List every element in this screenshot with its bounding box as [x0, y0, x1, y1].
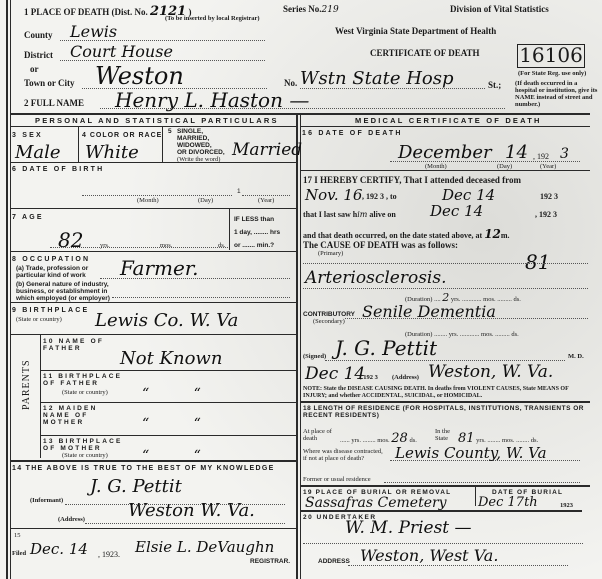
- race-value: White: [85, 142, 139, 163]
- birthplace-value: Lewis Co. W. Va: [95, 310, 238, 331]
- hospital-note: (If death occurred in a hospital or inst…: [515, 80, 599, 108]
- contracted-label: Where was disease contracted, if not at …: [303, 448, 388, 462]
- filed-date-value: Dec. 14: [30, 540, 88, 558]
- dob-year-label: (Year): [258, 197, 274, 204]
- dob-year-prefix: 1: [237, 188, 241, 195]
- father-birthplace-value: “ “: [142, 386, 201, 402]
- town-label: Town or City: [24, 78, 75, 88]
- sex-value: Male: [15, 142, 61, 163]
- ds-label: ds.: [218, 242, 225, 249]
- note-text: NOTE: State the DISEASE CAUSING DEATH. I…: [303, 386, 590, 400]
- district-value: Court House: [70, 42, 173, 61]
- dob-day-label: (Day): [198, 197, 213, 204]
- occupation-a-label: (a) Trade, profession or particular kind…: [16, 265, 114, 279]
- undertaker-value: W. M. Priest —: [345, 518, 472, 538]
- signed-label: (Signed): [303, 353, 326, 360]
- district-label: District: [24, 50, 53, 60]
- parents-label: PARENTS: [21, 359, 32, 410]
- medical-section-title: MEDICAL CERTIFICATE OF DEATH: [355, 116, 542, 125]
- mother-label: 12 MAIDEN NAME OF MOTHER: [43, 405, 128, 426]
- in-state-label: In the State: [435, 428, 457, 442]
- registrar-note: (To be inserted by local Registrar): [165, 15, 260, 22]
- secondary-label: (Secondary): [313, 318, 345, 325]
- father-label: 10 NAME OF FATHER: [43, 338, 113, 352]
- attended-from-value: Nov. 16: [305, 186, 362, 204]
- burial-date-value: Dec 17th: [478, 495, 538, 510]
- at-place-fields: ...... yrs. ........ mos. 28 ds.: [340, 435, 417, 444]
- undertaker-address-value: Weston, West Va.: [360, 546, 498, 565]
- county-value: Lewis: [70, 22, 117, 41]
- filed-year-label: , 1923.: [98, 551, 120, 558]
- dod-year-label: (Year): [540, 163, 556, 170]
- occurred-text: and that death occurred, on the date sta…: [303, 227, 510, 241]
- marital-label: SINGLE, MARRIED, WIDOWED, OR DIVORCED, (…: [177, 128, 225, 163]
- registrar-signature: Elsie L. DeVaughn: [135, 538, 274, 556]
- series-no: 219: [322, 5, 339, 15]
- or-label: or: [30, 64, 39, 74]
- dod-month-value: December: [398, 142, 492, 163]
- father-value: Not Known: [120, 348, 222, 369]
- department-label: West Virginia State Department of Health: [335, 26, 496, 36]
- father-birthplace-sub-label: (State or country): [62, 389, 108, 396]
- mother-birthplace-value: “ “: [142, 448, 201, 464]
- age-label: 7 AGE: [12, 214, 44, 221]
- age-note-value: 81: [525, 250, 550, 274]
- father-birthplace-label: 11 BIRTHPLACE OF FATHER: [43, 373, 123, 387]
- dob-month-label: (Month): [137, 197, 159, 204]
- birthplace-sub-label: (State or country): [16, 316, 62, 323]
- death-certificate: 1 PLACE OF DEATH (Dist. No. 2121 ) (To b…: [0, 0, 602, 579]
- dob-label: 6 DATE OF BIRTH: [12, 166, 104, 173]
- section-15-label: 15: [14, 532, 21, 539]
- mother-birthplace-label: 13 BIRTHPLACE OF MOTHER: [43, 438, 128, 452]
- informant-label: (Informant): [30, 497, 63, 504]
- certify-text: 17 I HEREBY CERTIFY, That I attended dec…: [303, 175, 521, 185]
- signed-year: , 192 3: [360, 374, 378, 381]
- cause-contributory-value: Senile Dementia: [362, 302, 496, 321]
- birthplace-label: 9 BIRTHPLACE: [12, 307, 89, 314]
- personal-section-title: PERSONAL AND STATISTICAL PARTICULARS: [35, 116, 279, 125]
- division-label: Division of Vital Statistics: [450, 4, 549, 14]
- dod-label: 16 DATE OF DEATH: [302, 130, 403, 137]
- undertaker-address-label: ADDRESS: [318, 558, 350, 565]
- former-residence-label: Former or usual residence: [303, 476, 371, 483]
- state-number-box: 16106: [517, 44, 585, 68]
- cause-primary-value: Arteriosclerosis.: [305, 268, 447, 288]
- cause-label: The CAUSE OF DEATH was as follows:: [303, 240, 458, 250]
- left-border: [6, 0, 8, 579]
- dod-year-value: 3: [560, 146, 569, 162]
- st-label: St.;: [488, 80, 501, 90]
- mother-birthplace-sub-label: (State or country): [62, 452, 108, 459]
- state-use-note: (For State Reg. use only): [518, 70, 586, 77]
- residence-label: 18 LENGTH OF RESIDENCE (FOR HOSPITALS, I…: [303, 405, 590, 419]
- center-divider: [296, 113, 298, 579]
- informant-title: 14 THE ABOVE IS TRUE TO THE BEST OF MY K…: [12, 465, 275, 472]
- in-state-fields: 81 yrs. ........ mos. ........ ds.: [458, 435, 538, 444]
- physician-address-value: Weston, W. Va.: [428, 362, 553, 382]
- min-label: or ....... min.?: [234, 242, 274, 249]
- less-than-label: IF LESS than: [234, 216, 294, 223]
- left-border-inner: [10, 0, 11, 579]
- last-saw-year: , 192 3: [535, 210, 557, 219]
- certificate-title: CERTIFICATE OF DEATH: [370, 48, 480, 58]
- filed-label: Filed: [12, 550, 26, 557]
- occupation-label: 8 OCCUPATION: [12, 256, 90, 263]
- informant-value: J. G. Pettit: [90, 476, 182, 497]
- burial-place-value: Sassafras Cemetery: [305, 495, 447, 511]
- physician-address-label: (Address): [392, 374, 419, 381]
- address-label: (Address): [58, 516, 85, 523]
- contracted-value: Lewis County, W. Va: [395, 444, 547, 462]
- one-day-label: 1 day, ........ hrs: [234, 229, 280, 236]
- dod-year-prefix: , 192: [533, 152, 549, 161]
- no-label: No.: [284, 78, 297, 88]
- last-saw-label: that I last saw him alive on: [303, 210, 396, 219]
- md-label: M. D.: [568, 353, 584, 360]
- street-value: Wstn State Hosp: [300, 68, 453, 89]
- contributory-label: CONTRIBUTORY: [303, 311, 355, 318]
- age-value: 82: [58, 228, 83, 252]
- primary-label: (Primary): [318, 250, 343, 257]
- registrar-label: REGISTRAR.: [250, 558, 290, 565]
- town-value: Weston: [95, 62, 184, 90]
- mother-value: “ “: [142, 416, 201, 432]
- marital-value: Married: [232, 140, 302, 160]
- occupation-value: Farmer.: [120, 256, 199, 280]
- informant-address-value: Weston W. Va.: [128, 500, 255, 521]
- full-name-value: Henry L. Haston —: [115, 88, 309, 112]
- signed-date-value: Dec 14: [305, 364, 365, 384]
- sex-label: 3 SEX: [12, 132, 43, 139]
- physician-value: J. G. Pettit: [335, 336, 437, 360]
- attended-from-year: , 192 3 , to: [362, 192, 397, 201]
- yrs-label: yrs.: [100, 242, 110, 249]
- mos-label: mos.: [160, 242, 172, 249]
- dod-month-label: (Month): [425, 163, 447, 170]
- burial-year: 1923: [560, 502, 573, 509]
- occupation-b-label: (b) General nature of industry, business…: [16, 281, 116, 302]
- attended-to-year: 192 3: [540, 192, 558, 201]
- dod-day-label: (Day): [497, 163, 512, 170]
- full-name-label: 2 FULL NAME: [24, 98, 84, 108]
- race-label: 4 COLOR OR RACE: [82, 132, 162, 139]
- last-saw-date-value: Dec 14: [430, 202, 483, 220]
- county-label: County: [24, 30, 53, 40]
- marital-number: 5: [168, 128, 172, 135]
- at-place-label: At place of death: [303, 428, 339, 442]
- dod-day-value: 14: [505, 142, 528, 163]
- series-label: Series No.219: [283, 4, 339, 15]
